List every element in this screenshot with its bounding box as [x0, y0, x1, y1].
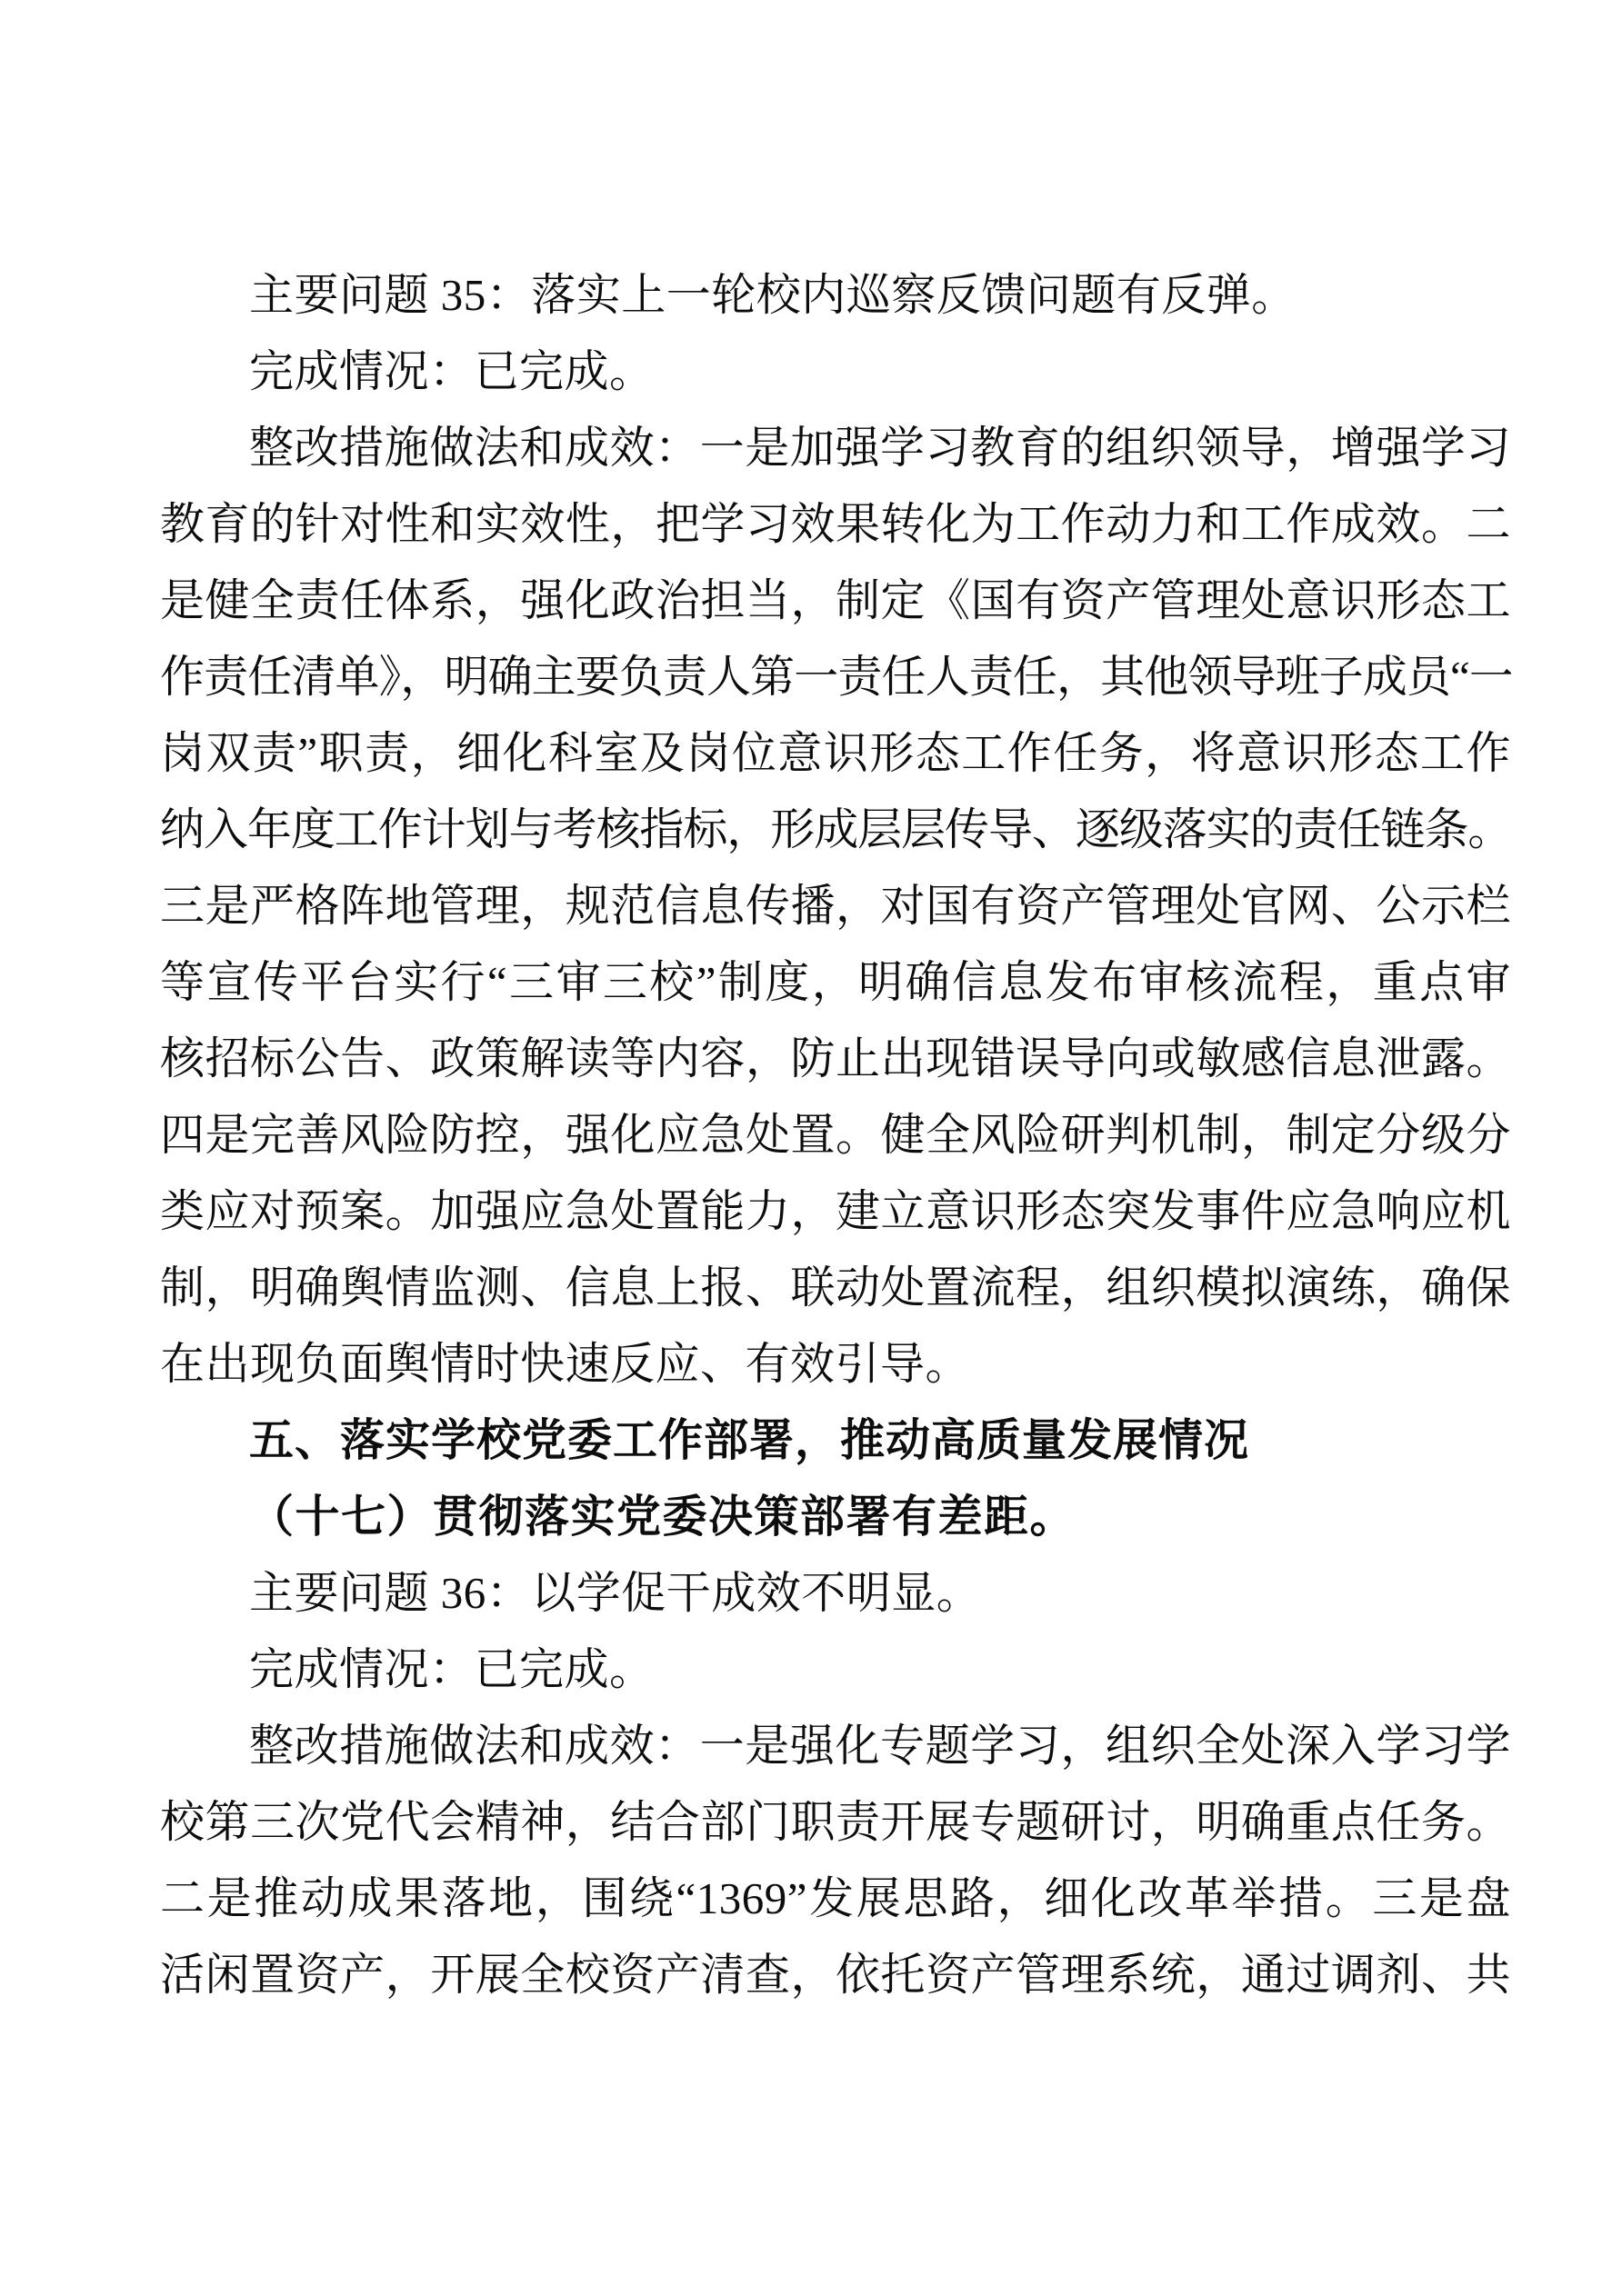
rectification-line: 制，明确舆情监测、信息上报、联动处置流程，组织模拟演练，确保	[160, 1250, 1511, 1326]
rectification-line: 教育的针对性和实效性，把学习效果转化为工作动力和工作成效。二	[160, 486, 1511, 563]
problem-35-title-line: 主要问题 35：落实上一轮校内巡察反馈问题有反弹。	[160, 257, 1511, 334]
rectification-line: 等宣传平台实行“三审三校”制度，明确信息发布审核流程，重点审	[160, 944, 1511, 1021]
rectification-line: 活闲置资产，开展全校资产清查，依托资产管理系统，通过调剂、共	[160, 1937, 1511, 2013]
completion-status-line: 完成情况：已完成。	[160, 1632, 1511, 1708]
rectification-line: 二是推动成果落地，围绕“1369”发展思路，细化改革举措。三是盘	[160, 1861, 1511, 1937]
rectification-line: 校第三次党代会精神，结合部门职责开展专题研讨，明确重点任务。	[160, 1784, 1511, 1861]
rectification-line: 四是完善风险防控，强化应急处置。健全风险研判机制，制定分级分	[160, 1097, 1511, 1173]
document-text-block: 主要问题 35：落实上一轮校内巡察反馈问题有反弹。 完成情况：已完成。 整改措施…	[160, 257, 1511, 2013]
rectification-line: 岗双责”职责，细化科室及岗位意识形态工作任务，将意识形态工作	[160, 715, 1511, 792]
rectification-line: 作责任清单》，明确主要负责人第一责任人责任，其他领导班子成员“一	[160, 639, 1511, 715]
rectification-line: 核招标公告、政策解读等内容，防止出现错误导向或敏感信息泄露。	[160, 1021, 1511, 1097]
problem-36-title-line: 主要问题 36：以学促干成效不明显。	[160, 1555, 1511, 1632]
rectification-line: 三是严格阵地管理，规范信息传播，对国有资产管理处官网、公示栏	[160, 868, 1511, 944]
subsection-heading: （十七）贯彻落实党委决策部署有差距。	[160, 1479, 1511, 1555]
section-heading: 五、落实学校党委工作部署，推动高质量发展情况	[160, 1403, 1511, 1479]
rectification-line: 整改措施做法和成效：一是强化专题学习，组织全处深入学习学	[160, 1708, 1511, 1784]
document-page: 主要问题 35：落实上一轮校内巡察反馈问题有反弹。 完成情况：已完成。 整改措施…	[0, 0, 1622, 2296]
completion-status-line: 完成情况：已完成。	[160, 334, 1511, 410]
rectification-line: 类应对预案。加强应急处置能力，建立意识形态突发事件应急响应机	[160, 1173, 1511, 1250]
rectification-line: 纳入年度工作计划与考核指标，形成层层传导、逐级落实的责任链条。	[160, 792, 1511, 868]
rectification-line: 整改措施做法和成效：一是加强学习教育的组织领导，增强学习	[160, 410, 1511, 486]
rectification-line: 是健全责任体系，强化政治担当，制定《国有资产管理处意识形态工	[160, 563, 1511, 639]
rectification-line: 在出现负面舆情时快速反应、有效引导。	[160, 1326, 1511, 1403]
